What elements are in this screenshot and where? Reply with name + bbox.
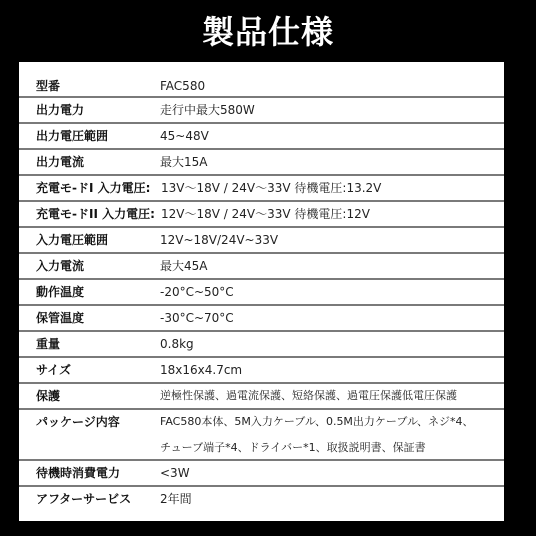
spec-row-output-current: 出力電流 最大15A xyxy=(19,150,504,176)
spec-row-output-power: 出力電力 走行中最大580W xyxy=(19,98,504,124)
spec-row-output-voltage-range: 出力電圧範囲 45~48V xyxy=(19,124,504,150)
spec-value: 2年間 xyxy=(160,487,192,511)
spec-label: 保管温度 xyxy=(36,306,84,330)
spec-value: 12V~18V/24V~33V xyxy=(160,228,278,252)
spec-label: 入力電流 xyxy=(36,254,84,278)
spec-row-standby-power: 待機時消費電力 <3W xyxy=(19,461,504,487)
spec-row-storage-temp: 保管温度 -30°C~70°C xyxy=(19,306,504,332)
spec-table: 型番 FAC580 出力電力 走行中最大580W 出力電圧範囲 45~48V 出… xyxy=(19,62,504,521)
spec-label: 重量 xyxy=(36,332,60,356)
page-title: 製品仕様 xyxy=(0,10,536,54)
spec-value: <3W xyxy=(160,461,190,485)
spec-label: アフターサービス xyxy=(36,487,131,511)
spec-value: FAC580本体、5M入力ケーブル、0.5M出力ケーブル、ネジ*4、 チューブ端… xyxy=(160,409,474,461)
spec-row-protection: 保護 逆極性保護、過電流保護、短絡保護、過電圧保護低電圧保護 xyxy=(19,384,504,410)
spec-label: 出力電力 xyxy=(36,98,84,122)
spec-value: -20°C~50°C xyxy=(160,280,234,304)
spec-value-line: チューブ端子*4、ドライバー*1、取扱説明書、保証書 xyxy=(160,435,474,461)
spec-row-charge-mode-2: 充電モ-ドII 入力電圧: 12V〜18V / 24V〜33V 待機電圧:12V xyxy=(19,202,504,228)
spec-label: 充電モ-ドII 入力電圧: xyxy=(36,202,155,226)
spec-row-input-voltage-range: 入力電圧範囲 12V~18V/24V~33V xyxy=(19,228,504,254)
spec-value: 45~48V xyxy=(160,124,209,148)
spec-value: 最大15A xyxy=(160,150,207,174)
spec-value: 18x16x4.7cm xyxy=(160,358,242,382)
spec-label: 動作温度 xyxy=(36,280,84,304)
spec-row-model: 型番 FAC580 xyxy=(19,62,504,98)
spec-value: 13V〜18V / 24V〜33V 待機電圧:13.2V xyxy=(161,176,381,200)
spec-value-line: FAC580本体、5M入力ケーブル、0.5M出力ケーブル、ネジ*4、 xyxy=(160,409,474,435)
spec-label: 充電モ-ドI 入力電圧: xyxy=(36,176,150,200)
spec-label: 入力電圧範囲 xyxy=(36,228,108,252)
spec-row-charge-mode-1: 充電モ-ドI 入力電圧: 13V〜18V / 24V〜33V 待機電圧:13.2… xyxy=(19,176,504,202)
spec-row-weight: 重量 0.8kg xyxy=(19,332,504,358)
spec-label: 保護 xyxy=(36,384,60,408)
spec-label: 出力電流 xyxy=(36,150,84,174)
spec-value: 逆極性保護、過電流保護、短絡保護、過電圧保護低電圧保護 xyxy=(160,384,457,408)
spec-row-size: サイズ 18x16x4.7cm xyxy=(19,358,504,384)
spec-row-operating-temp: 動作温度 -20°C~50°C xyxy=(19,280,504,306)
spec-value: 12V〜18V / 24V〜33V 待機電圧:12V xyxy=(161,202,370,226)
spec-value: 走行中最大580W xyxy=(160,98,255,122)
spec-label: 型番 xyxy=(36,74,60,98)
spec-label: パッケージ内容 xyxy=(36,410,120,434)
spec-label: サイズ xyxy=(36,358,71,382)
spec-value: 最大45A xyxy=(160,254,207,278)
spec-row-after-service: アフターサービス 2年間 xyxy=(19,487,504,521)
spec-label: 出力電圧範囲 xyxy=(36,124,108,148)
spec-label: 待機時消費電力 xyxy=(36,461,120,485)
spec-row-package-contents: パッケージ内容 FAC580本体、5M入力ケーブル、0.5M出力ケーブル、ネジ*… xyxy=(19,410,504,461)
spec-value: -30°C~70°C xyxy=(160,306,234,330)
spec-value: 0.8kg xyxy=(160,332,194,356)
spec-value: FAC580 xyxy=(160,74,205,98)
spec-row-input-current: 入力電流 最大45A xyxy=(19,254,504,280)
